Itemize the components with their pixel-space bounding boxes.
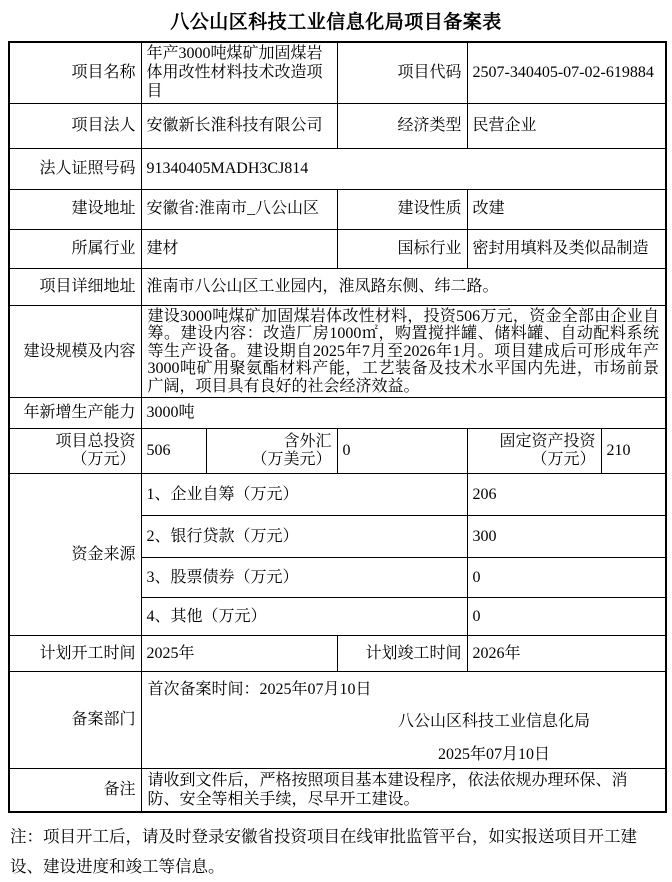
remark-value: 请收到文件后，严格按照项目基本建设程序，依法依规办理环保、消防、安全等相关手续，… xyxy=(141,769,666,813)
funding-item-4-name: 4、其他（万元） xyxy=(141,598,467,636)
table-row: 计划开工时间 2025年 计划竣工时间 2026年 xyxy=(9,636,666,672)
planned-start-label: 计划开工时间 xyxy=(9,636,141,672)
total-investment-value: 506 xyxy=(141,429,206,474)
industry-value: 建材 xyxy=(141,229,337,268)
planned-completion-label: 计划竣工时间 xyxy=(337,636,467,672)
national-industry-value: 密封用填料及类似品制造 xyxy=(467,229,666,268)
detail-address-value: 淮南市八公山区工业园内，淮凤路东侧、纬二路。 xyxy=(141,268,666,305)
project-name-label: 项目名称 xyxy=(9,42,141,103)
table-row: 所属行业 建材 国标行业 密封用填料及类似品制造 xyxy=(9,229,666,268)
funding-item-2-name: 2、银行贷款（万元） xyxy=(141,516,467,558)
filing-agency-block: 八公山区科技工业信息化局 2025年07月10日 xyxy=(344,712,644,764)
project-code-label: 项目代码 xyxy=(337,42,467,103)
legal-person-value: 安徽新长淮科技有限公司 xyxy=(141,103,337,148)
total-investment-label: 项目总投资 （万元） xyxy=(9,429,141,474)
table-row: 项目详细地址 淮南市八公山区工业园内，淮凤路东侧、纬二路。 xyxy=(9,268,666,305)
annual-capacity-label: 年新增生产能力 xyxy=(9,398,141,429)
funding-item-3-name: 3、股票债券（万元） xyxy=(141,558,467,598)
national-industry-label: 国标行业 xyxy=(337,229,467,268)
table-row: 项目法人 安徽新长淮科技有限公司 经济类型 民营企业 xyxy=(9,103,666,148)
filing-agency-name: 八公山区科技工业信息化局 xyxy=(344,712,644,731)
filing-department-label: 备案部门 xyxy=(9,672,141,769)
funding-item-3-value: 0 xyxy=(467,558,666,598)
footnote: 注：项目开工后，请及时登录安徽省投资项目在线审批监管平台，如实报送项目开工建设、… xyxy=(10,822,664,882)
filing-department-cell: 首次备案时间：2025年07月10日 八公山区科技工业信息化局 2025年07月… xyxy=(141,672,666,769)
table-row: 年新增生产能力 3000吨 xyxy=(9,398,666,429)
build-nature-label: 建设性质 xyxy=(337,189,467,229)
project-name-value: 年产3000吨煤矿加固煤岩体用改性材料技术改造项目 xyxy=(141,42,337,103)
build-nature-value: 改建 xyxy=(467,189,666,229)
legal-person-label: 项目法人 xyxy=(9,103,141,148)
scale-content-value: 建设3000吨煤矿加固煤岩体改性材料，投资506万元，资金全部由企业自筹。建设内… xyxy=(141,305,666,398)
funding-item-2-value: 300 xyxy=(467,516,666,558)
table-row: 备案部门 首次备案时间：2025年07月10日 八公山区科技工业信息化局 202… xyxy=(9,672,666,769)
project-code-value: 2507-340405-07-02-619884 xyxy=(467,42,666,103)
table-row: 建设地址 安徽省:淮南市_八公山区 建设性质 改建 xyxy=(9,189,666,229)
funding-item-1-value: 206 xyxy=(467,474,666,516)
table-row: 建设规模及内容 建设3000吨煤矿加固煤岩体改性材料，投资506万元，资金全部由… xyxy=(9,305,666,398)
filing-form-table: 项目名称 年产3000吨煤矿加固煤岩体用改性材料技术改造项目 项目代码 2507… xyxy=(8,41,667,813)
funding-source-label: 资金来源 xyxy=(9,474,141,636)
funding-item-4-value: 0 xyxy=(467,598,666,636)
remark-label: 备注 xyxy=(9,769,141,813)
foreign-exchange-label: 含外汇 （万美元） xyxy=(206,429,337,474)
planned-start-value: 2025年 xyxy=(141,636,337,672)
filing-date: 2025年07月10日 xyxy=(344,745,644,764)
license-number-label: 法人证照号码 xyxy=(9,148,141,189)
build-address-value: 安徽省:淮南市_八公山区 xyxy=(141,189,337,229)
detail-address-label: 项目详细地址 xyxy=(9,268,141,305)
table-row: 项目名称 年产3000吨煤矿加固煤岩体用改性材料技术改造项目 项目代码 2507… xyxy=(9,42,666,103)
page-title: 八公山区科技工业信息化局项目备案表 xyxy=(0,0,672,34)
table-row: 资金来源 1、企业自筹（万元） 206 xyxy=(9,474,666,516)
economic-type-value: 民营企业 xyxy=(467,103,666,148)
license-number-value: 91340405MADH3CJ814 xyxy=(141,148,666,189)
table-row: 备注 请收到文件后，严格按照项目基本建设程序，依法依规办理环保、消防、安全等相关… xyxy=(9,769,666,813)
fixed-assets-label: 固定资产投资 （万元） xyxy=(467,429,601,474)
planned-completion-value: 2026年 xyxy=(467,636,666,672)
fixed-assets-value: 210 xyxy=(601,429,666,474)
scale-content-label: 建设规模及内容 xyxy=(9,305,141,398)
funding-item-1-name: 1、企业自筹（万元） xyxy=(141,474,467,516)
table-row: 法人证照号码 91340405MADH3CJ814 xyxy=(9,148,666,189)
economic-type-label: 经济类型 xyxy=(337,103,467,148)
annual-capacity-value: 3000吨 xyxy=(141,398,666,429)
table-row: 项目总投资 （万元） 506 含外汇 （万美元） 0 固定资产投资 （万元） 2… xyxy=(9,429,666,474)
first-filing-time: 首次备案时间：2025年07月10日 xyxy=(148,680,660,699)
industry-label: 所属行业 xyxy=(9,229,141,268)
build-address-label: 建设地址 xyxy=(9,189,141,229)
foreign-exchange-value: 0 xyxy=(337,429,467,474)
